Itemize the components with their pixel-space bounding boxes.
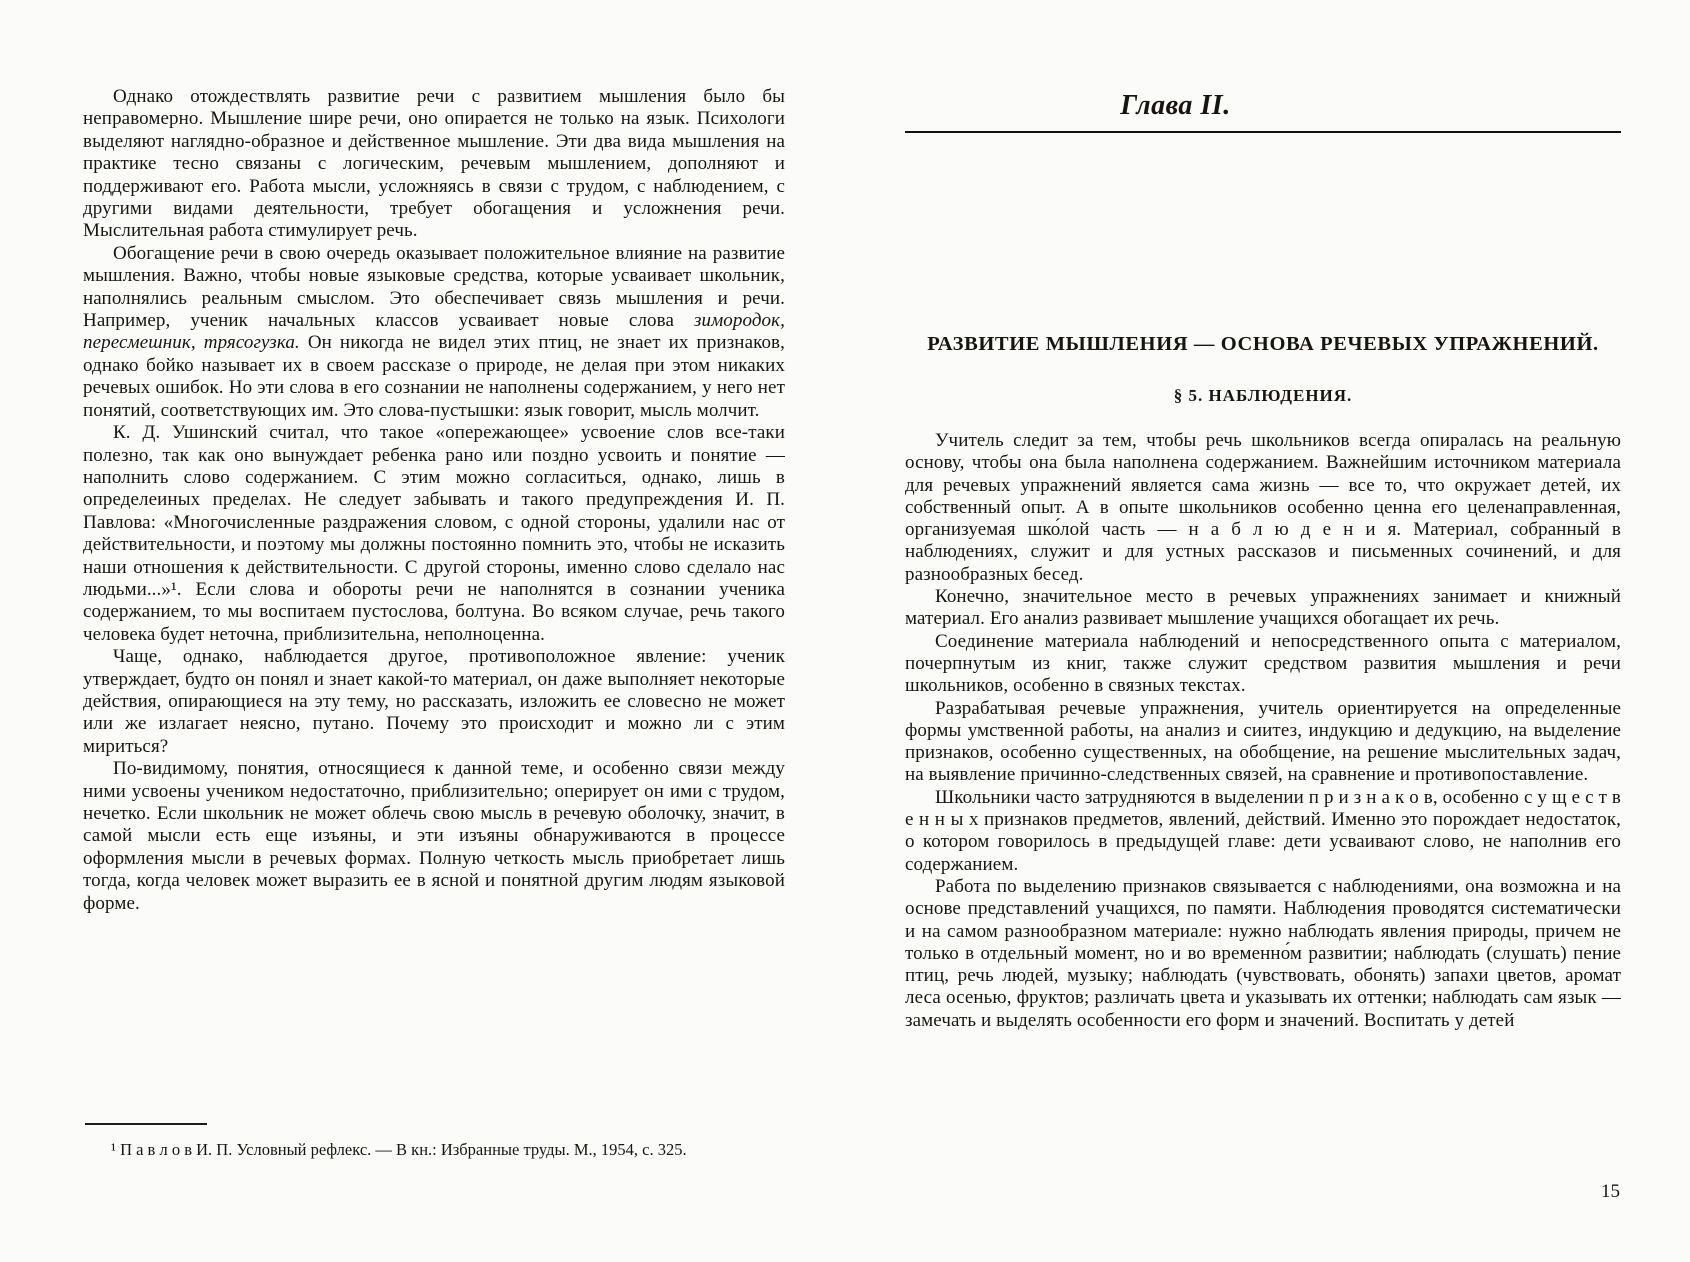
paragraph: Чаще, однако, наблюдается другое, против… (83, 646, 785, 758)
footnote-divider (85, 1123, 207, 1125)
chapter-heading: Глава II. (905, 90, 1621, 122)
section-heading: § 5. НАБЛЮДЕНИЯ. (905, 386, 1621, 406)
paragraph: Конечно, значительное место в речевых уп… (905, 586, 1621, 631)
left-page: Однако отождествлять развитие речи с раз… (83, 86, 785, 1262)
paragraph: По-видимому, понятия, относящиеся к данн… (83, 758, 785, 915)
paragraph: Учитель следит за тем, чтобы речь школьн… (905, 430, 1621, 586)
paragraph: Соединение материала наблюдений и непоср… (905, 631, 1621, 698)
page-number: 15 (1601, 1181, 1620, 1203)
paragraph: Школьники часто затрудняются в выделении… (905, 787, 1621, 876)
chapter-rule (905, 131, 1621, 133)
paragraph: К. Д. Ушинский считал, что такое «опереж… (83, 422, 785, 646)
paragraph: Однако отождествлять развитие речи с раз… (83, 86, 785, 243)
chapter-title: РАЗВИТИЕ МЫШЛЕНИЯ — ОСНОВА РЕЧЕВЫХ УПРАЖ… (905, 332, 1621, 356)
footnote: ¹ П а в л о в И. П. Условный рефлекс. — … (83, 1140, 788, 1160)
paragraph-text: Обогащение речи в свою очередь оказывает… (83, 243, 785, 331)
right-page: Глава II. РАЗВИТИЕ МЫШЛЕНИЯ — ОСНОВА РЕЧ… (905, 90, 1621, 1262)
paragraph: Разрабатывая речевые упражнения, учитель… (905, 698, 1621, 787)
paragraph: Работа по выделению признаков связываетс… (905, 876, 1621, 1032)
book-spread: Однако отождествлять развитие речи с раз… (0, 0, 1690, 1262)
paragraph: Обогащение речи в свою очередь оказывает… (83, 243, 785, 422)
